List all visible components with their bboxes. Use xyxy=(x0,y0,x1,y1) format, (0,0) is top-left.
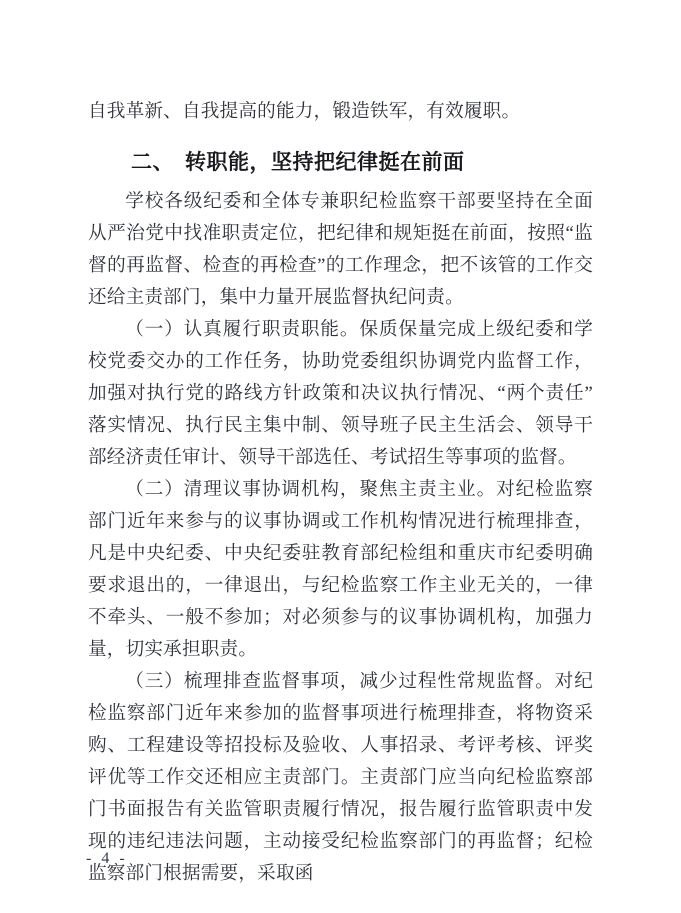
section-heading: 二、 转职能，坚持把纪律挺在前面 xyxy=(88,146,593,180)
paragraph-item-2: （二）清理议事协调机构，聚焦主责主业。对纪检监察部门近年来参与的议事协调或工作机… xyxy=(88,474,593,666)
paragraph-section-intro: 学校各级纪委和全体专兼职纪检监察干部要坚持在全面从严治党中找准职责定位，把纪律和… xyxy=(88,186,593,314)
document-page: 自我革新、自我提高的能力，锻造铁军，有效履职。 二、 转职能，坚持把纪律挺在前面… xyxy=(0,0,681,913)
continued-paragraph-line: 自我革新、自我提高的能力，锻造铁军，有效履职。 xyxy=(88,96,593,128)
page-text-block: 自我革新、自我提高的能力，锻造铁军，有效履职。 二、 转职能，坚持把纪律挺在前面… xyxy=(88,96,593,890)
page-number: - 4 - xyxy=(86,849,128,869)
paragraph-item-3: （三）梳理排查监督事项，减少过程性常规监督。对纪检监察部门近年来参加的监督事项进… xyxy=(88,666,593,890)
paragraph-item-1: （一）认真履行职责职能。保质保量完成上级纪委和学校党委交办的工作任务，协助党委组… xyxy=(88,314,593,474)
